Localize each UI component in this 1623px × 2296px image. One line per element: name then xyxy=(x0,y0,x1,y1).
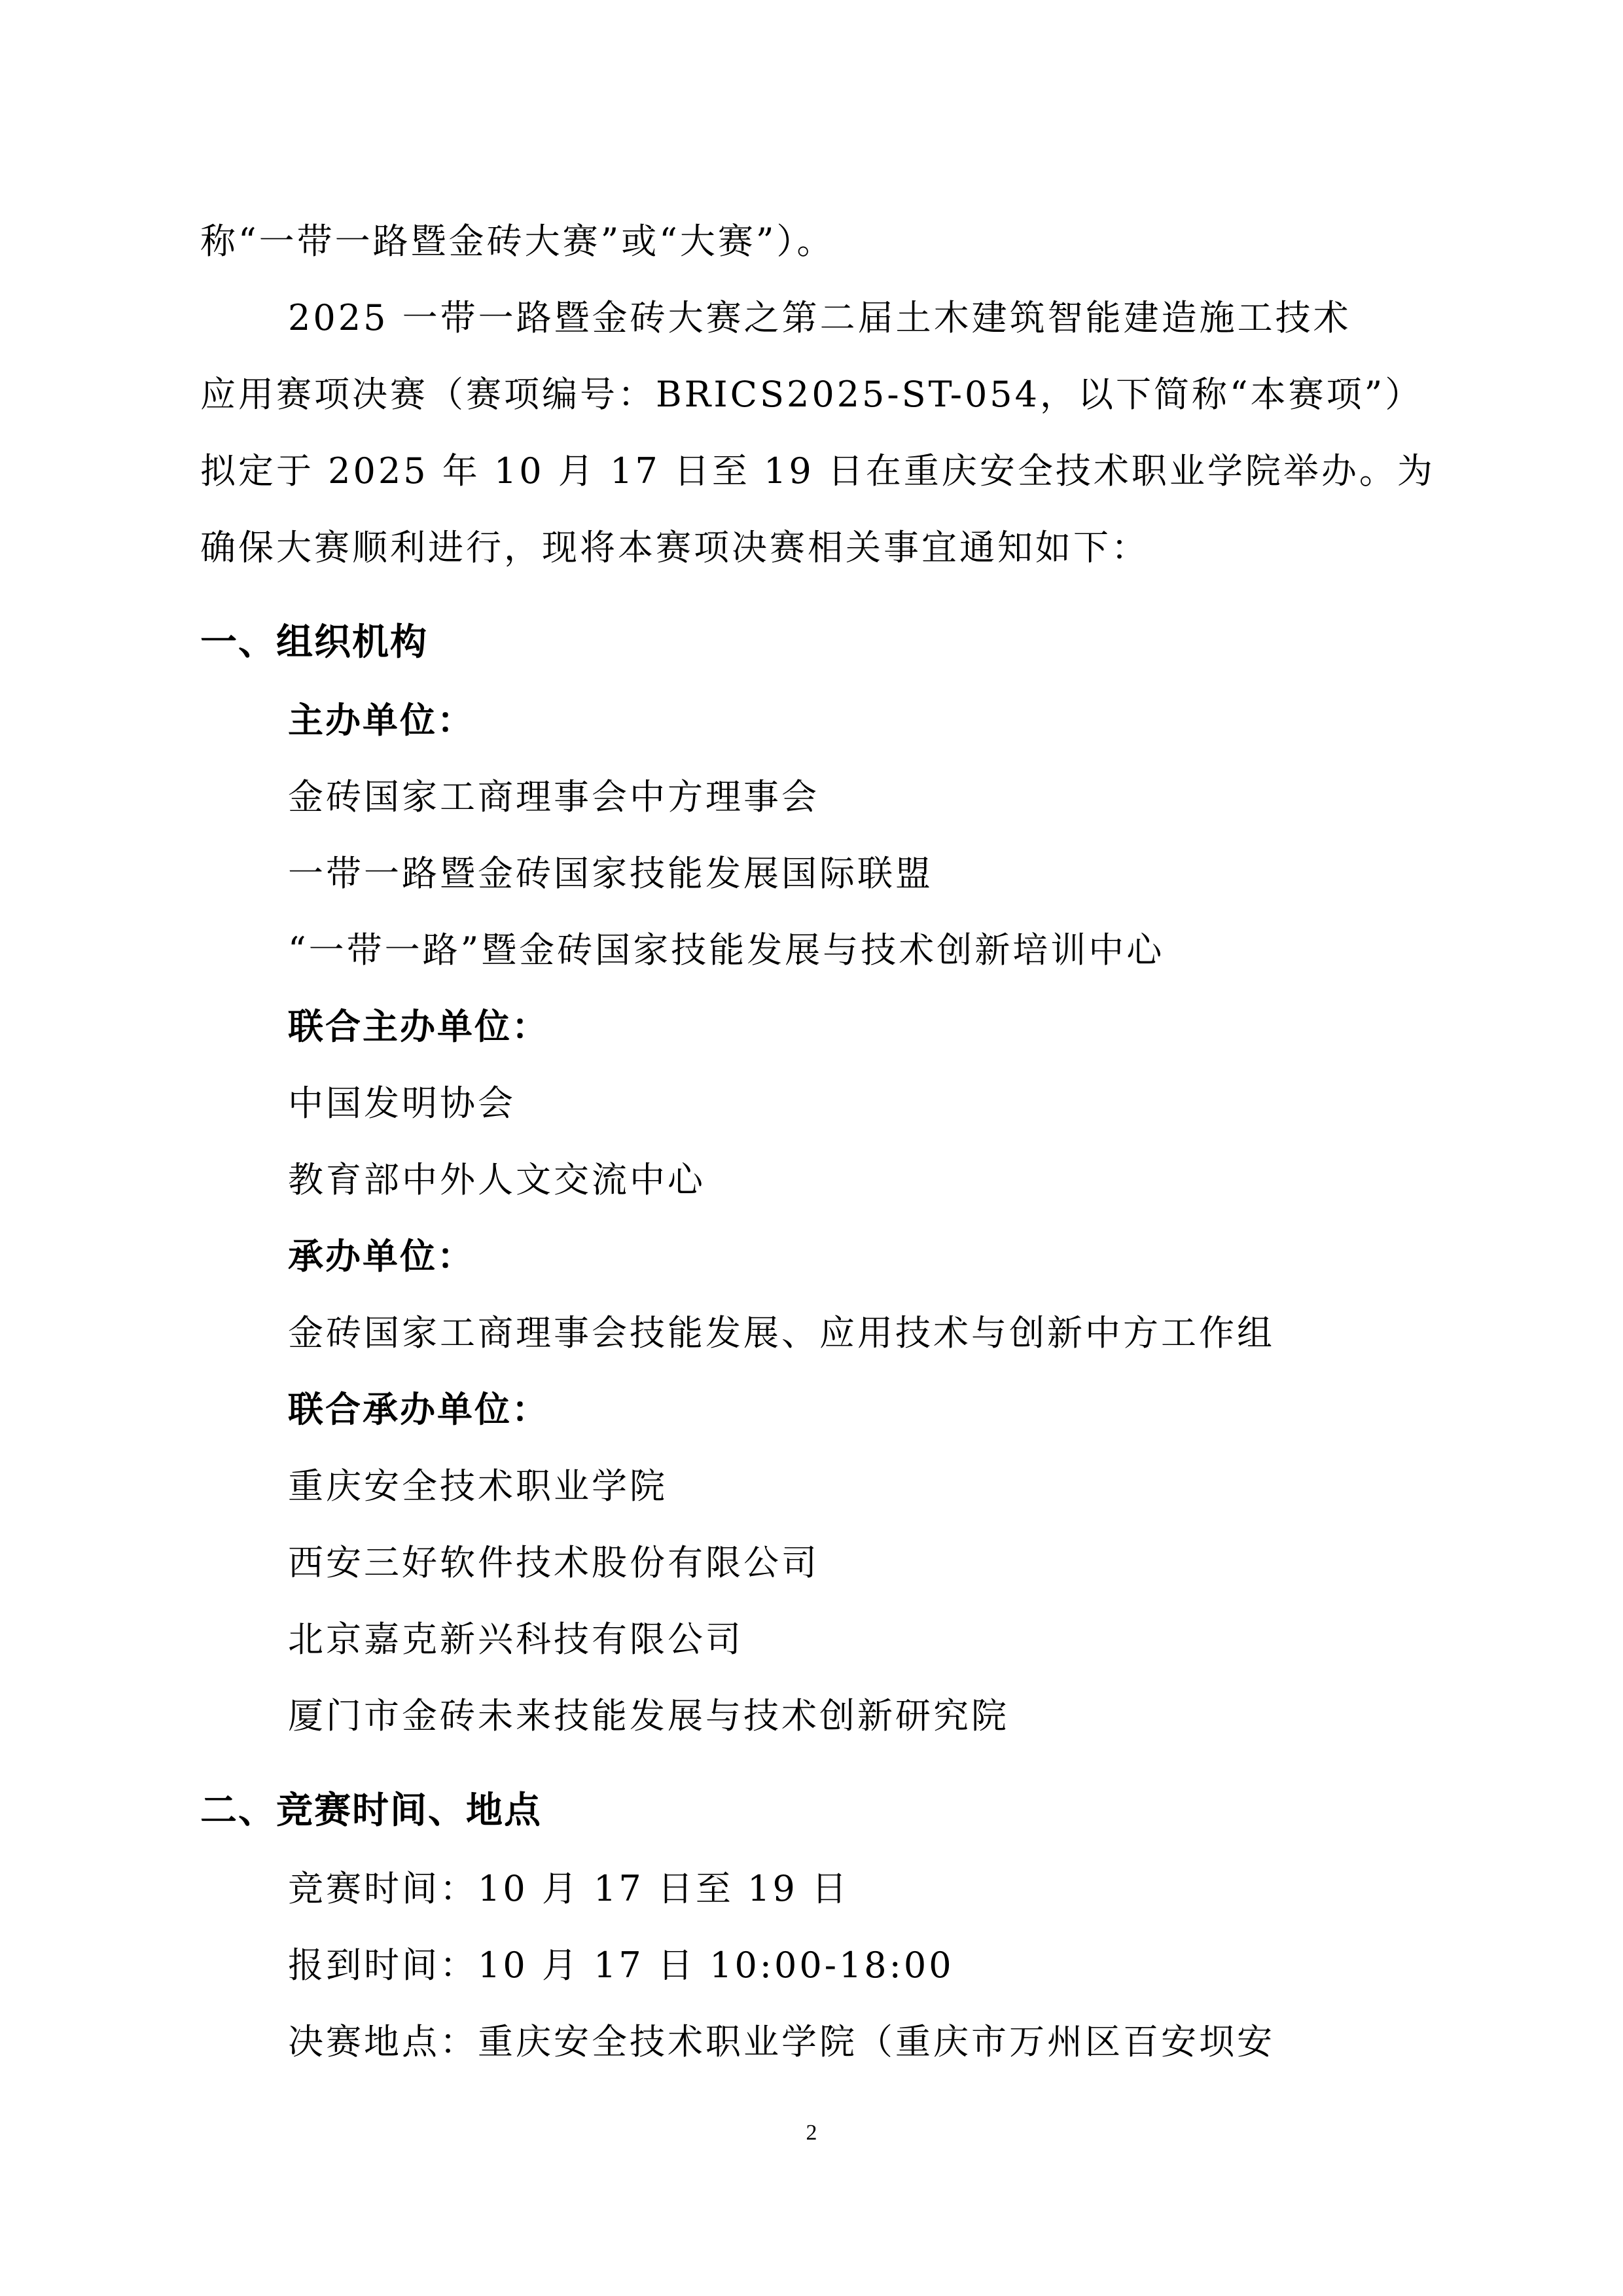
co-host-item-1: 中国发明协会 xyxy=(288,1081,516,1126)
document-page: 称“一带一路暨金砖大赛”或“大赛”）。 2025 一带一路暨金砖大赛之第二届土木… xyxy=(0,0,1623,2296)
co-organizer-item-2: 西安三好软件技术股份有限公司 xyxy=(288,1540,819,1586)
group-label-co-organizer: 联合承办单位： xyxy=(288,1387,549,1433)
page-number: 2 xyxy=(0,2121,1623,2145)
competition-time: 竞赛时间：10 月 17 日至 19 日 xyxy=(288,1866,849,1912)
intro-line-1: 称“一带一路暨金砖大赛”或“大赛”）。 xyxy=(200,219,834,264)
section-heading-organization: 一、组织机构 xyxy=(200,620,428,666)
registration-time: 报到时间：10 月 17 日 10:00-18:00 xyxy=(288,1943,954,1988)
co-organizer-item-4: 厦门市金砖未来技能发展与技术创新研究院 xyxy=(288,1693,1009,1739)
group-label-co-host: 联合主办单位： xyxy=(288,1004,549,1050)
co-host-item-2: 教育部中外人文交流中心 xyxy=(288,1157,705,1203)
intro-line-5: 确保大赛顺利进行，现将本赛项决赛相关事宜通知如下： xyxy=(200,525,1149,571)
organizer-item-1: 金砖国家工商理事会技能发展、应用技术与创新中方工作组 xyxy=(288,1310,1275,1356)
group-label-host: 主办单位： xyxy=(288,698,474,744)
final-venue: 决赛地点：重庆安全技术职业学院（重庆市万州区百安坝安 xyxy=(288,2019,1275,2065)
intro-line-4: 拟定于 2025 年 10 月 17 日至 19 日在重庆安全技术职业学院举办。… xyxy=(200,448,1435,494)
co-organizer-item-1: 重庆安全技术职业学院 xyxy=(288,1463,668,1509)
host-item-1: 金砖国家工商理事会中方理事会 xyxy=(288,774,819,820)
section-heading-time-location: 二、竞赛时间、地点 xyxy=(200,1788,542,1834)
host-item-2: 一带一路暨金砖国家技能发展国际联盟 xyxy=(288,851,933,897)
host-item-3: “一带一路”暨金砖国家技能发展与技术创新培训中心 xyxy=(288,927,1164,973)
co-organizer-item-3: 北京嘉克新兴科技有限公司 xyxy=(288,1617,743,1662)
group-label-organizer: 承办单位： xyxy=(288,1234,474,1280)
intro-line-2: 2025 一带一路暨金砖大赛之第二届土木建筑智能建造施工技术 xyxy=(288,295,1351,341)
intro-line-3: 应用赛项决赛（赛项编号：BRICS2025-ST-054，以下简称“本赛项”） xyxy=(200,372,1423,418)
